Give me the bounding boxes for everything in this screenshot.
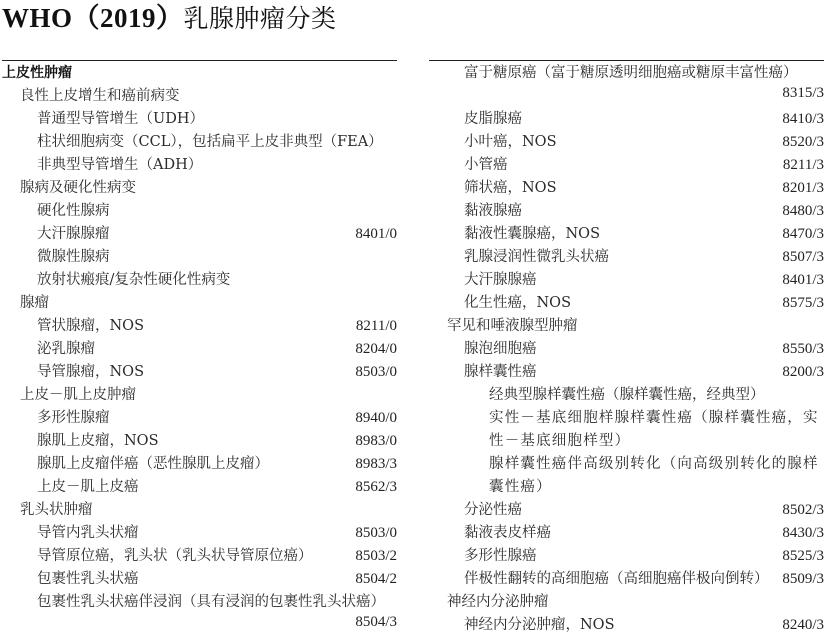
code-line: 8315/3	[429, 85, 824, 108]
icd-o-code: 8520/3	[782, 131, 824, 154]
classification-entry: 乳腺浸润性微乳头状癌8507/3	[429, 246, 824, 269]
classification-entry: 大汗腺腺瘤8401/0	[2, 223, 397, 246]
entry-label: 筛状癌，NOS	[464, 177, 557, 200]
entry-label: 小叶癌，NOS	[464, 131, 557, 154]
left-column: 上皮性肿瘤良性上皮增生和癌前病变普通型导管增生（UDH）柱状细胞病变（CCL），…	[2, 62, 397, 637]
icd-o-code: 8504/2	[355, 568, 397, 591]
entry-label: 神经内分泌肿瘤	[447, 591, 549, 614]
entry-label: 实性－基底细胞样腺样囊性癌（腺样囊性癌，实性－基底细胞样型）	[489, 407, 824, 453]
entry-label: 非典型导管增生（ADH）	[37, 154, 202, 177]
classification-entry: 黏液性囊腺癌，NOS8470/3	[429, 223, 824, 246]
icd-o-code: 8504/3	[355, 614, 397, 631]
icd-o-code: 8315/3	[782, 85, 824, 102]
icd-o-code: 8401/0	[355, 223, 397, 246]
entry-label: 良性上皮增生和癌前病变	[20, 85, 180, 108]
icd-o-code: 8503/2	[355, 545, 397, 568]
entry-label: 导管内乳头状瘤	[37, 522, 139, 545]
icd-o-code: 8525/3	[782, 545, 824, 568]
entry-label: 黏液腺癌	[464, 200, 522, 223]
classification-entry: 管状腺瘤，NOS8211/0	[2, 315, 397, 338]
classification-entry: 黏液表皮样癌8430/3	[429, 522, 824, 545]
icd-o-code: 8204/0	[355, 338, 397, 361]
icd-o-code: 8509/3	[782, 568, 824, 591]
classification-entry: 普通型导管增生（UDH）	[2, 108, 397, 131]
icd-o-code: 8470/3	[782, 223, 824, 246]
icd-o-code: 8503/0	[355, 361, 397, 384]
title-cjk: 乳腺肿瘤分类	[184, 4, 337, 33]
classification-entry: 小管癌8211/3	[429, 154, 824, 177]
entry-label: 小管癌	[464, 154, 508, 177]
classification-entry: 腺病及硬化性病变	[2, 177, 397, 200]
classification-entry: 上皮－肌上皮癌8562/3	[2, 476, 397, 499]
classification-entry: 腺样囊性癌8200/3	[429, 361, 824, 384]
icd-o-code: 8201/3	[782, 177, 824, 200]
page-title: WHO（2019）乳腺肿瘤分类	[2, 2, 337, 35]
classification-entry: 黏液腺癌8480/3	[429, 200, 824, 223]
entry-label: 伴极性翻转的高细胞癌（高细胞癌伴极向倒转）	[464, 568, 769, 591]
entry-label: 上皮－肌上皮肿瘤	[20, 384, 136, 407]
entry-label: 乳腺浸润性微乳头状癌	[464, 246, 609, 269]
icd-o-code: 8562/3	[355, 476, 397, 499]
classification-entry: 富于糖原癌（富于糖原透明细胞癌或糖原丰富性癌）	[429, 62, 824, 85]
entry-label: 上皮－肌上皮癌	[37, 476, 139, 499]
entry-label: 黏液性囊腺癌，NOS	[464, 223, 600, 246]
entry-label: 柱状细胞病变（CCL），包括扁平上皮非典型（FEA）	[37, 131, 383, 154]
entry-label: 大汗腺腺癌	[464, 269, 537, 292]
entry-label: 分泌性癌	[464, 499, 522, 522]
classification-entry: 伴极性翻转的高细胞癌（高细胞癌伴极向倒转）8509/3	[429, 568, 824, 591]
icd-o-code: 8983/3	[355, 453, 397, 476]
entry-label: 腺瘤	[20, 292, 49, 315]
entry-label: 硬化性腺病	[37, 200, 110, 223]
classification-entry: 非典型导管增生（ADH）	[2, 154, 397, 177]
entry-label: 导管腺瘤，NOS	[37, 361, 144, 384]
classification-entry: 大汗腺腺癌8401/3	[429, 269, 824, 292]
icd-o-code: 8550/3	[782, 338, 824, 361]
entry-label: 管状腺瘤，NOS	[37, 315, 144, 338]
classification-entry: 皮脂腺癌8410/3	[429, 108, 824, 131]
classification-entry: 罕见和唾液腺型肿瘤	[429, 315, 824, 338]
classification-entry: 泌乳腺瘤8204/0	[2, 338, 397, 361]
classification-entry: 腺肌上皮瘤伴癌（恶性腺肌上皮瘤）8983/3	[2, 453, 397, 476]
icd-o-code: 8940/0	[355, 407, 397, 430]
right-column-rule	[429, 60, 824, 61]
entry-label: 微腺性腺病	[37, 246, 110, 269]
entry-label: 腺样囊性癌	[464, 361, 537, 384]
entry-label: 多形性腺瘤	[37, 407, 110, 430]
classification-entry: 化生性癌，NOS8575/3	[429, 292, 824, 315]
classification-entry: 神经内分泌肿瘤，NOS8240/3	[429, 614, 824, 637]
classification-entry: 小叶癌，NOS8520/3	[429, 131, 824, 154]
entry-label: 经典型腺样囊性癌（腺样囊性癌，经典型）	[489, 384, 765, 407]
entry-label: 乳头状肿瘤	[20, 499, 93, 522]
icd-o-code: 8503/0	[355, 522, 397, 545]
entry-label: 腺肌上皮瘤，NOS	[37, 430, 159, 453]
icd-o-code: 8410/3	[782, 108, 824, 131]
entry-label: 包裹性乳头状癌	[37, 568, 139, 591]
classification-entry: 神经内分泌肿瘤	[429, 591, 824, 614]
classification-entry: 上皮－肌上皮肿瘤	[2, 384, 397, 407]
entry-label: 大汗腺腺瘤	[37, 223, 110, 246]
entry-label: 包裹性乳头状癌伴浸润（具有浸润的包裹性乳头状癌）	[37, 591, 385, 614]
icd-o-code: 8502/3	[782, 499, 824, 522]
classification-entry: 导管原位癌，乳头状（乳头状导管原位癌）8503/2	[2, 545, 397, 568]
classification-entry: 包裹性乳头状癌伴浸润（具有浸润的包裹性乳头状癌）	[2, 591, 397, 614]
entry-label: 多形性腺癌	[464, 545, 537, 568]
entry-label: 富于糖原癌（富于糖原透明细胞癌或糖原丰富性癌）	[464, 62, 798, 85]
classification-entry: 多形性腺瘤8940/0	[2, 407, 397, 430]
classification-entry: 腺肌上皮瘤，NOS8983/0	[2, 430, 397, 453]
classification-entry: 经典型腺样囊性癌（腺样囊性癌，经典型）	[429, 384, 824, 407]
left-column-rule	[2, 60, 397, 61]
entry-label: 导管原位癌，乳头状（乳头状导管原位癌）	[37, 545, 313, 568]
entry-label: 神经内分泌肿瘤，NOS	[464, 614, 615, 637]
classification-entry: 多形性腺癌8525/3	[429, 545, 824, 568]
icd-o-code: 8211/0	[356, 315, 397, 338]
classification-entry: 腺泡细胞癌8550/3	[429, 338, 824, 361]
entry-label: 腺病及硬化性病变	[20, 177, 136, 200]
icd-o-code: 8240/3	[782, 614, 824, 637]
classification-entry: 包裹性乳头状癌8504/2	[2, 568, 397, 591]
entry-label: 皮脂腺癌	[464, 108, 522, 131]
icd-o-code: 8430/3	[782, 522, 824, 545]
entry-label: 上皮性肿瘤	[2, 62, 72, 85]
classification-entry: 实性－基底细胞样腺样囊性癌（腺样囊性癌，实性－基底细胞样型）	[429, 407, 824, 453]
icd-o-code: 8575/3	[782, 292, 824, 315]
classification-entry: 上皮性肿瘤	[2, 62, 397, 85]
classification-entry: 腺样囊性癌伴高级别转化（向高级别转化的腺样囊性癌）	[429, 453, 824, 499]
icd-o-code: 8983/0	[355, 430, 397, 453]
classification-entry: 导管腺瘤，NOS8503/0	[2, 361, 397, 384]
entry-label: 腺肌上皮瘤伴癌（恶性腺肌上皮瘤）	[37, 453, 269, 476]
classification-entry: 分泌性癌8502/3	[429, 499, 824, 522]
entry-label: 放射状瘢痕/复杂性硬化性病变	[37, 269, 230, 292]
classification-entry: 乳头状肿瘤	[2, 499, 397, 522]
icd-o-code: 8480/3	[782, 200, 824, 223]
title-latin: WHO（2019）	[2, 3, 184, 33]
classification-entry: 腺瘤	[2, 292, 397, 315]
classification-entry: 良性上皮增生和癌前病变	[2, 85, 397, 108]
entry-label: 泌乳腺瘤	[37, 338, 95, 361]
classification-entry: 筛状癌，NOS8201/3	[429, 177, 824, 200]
icd-o-code: 8507/3	[782, 246, 824, 269]
right-column: 富于糖原癌（富于糖原透明细胞癌或糖原丰富性癌）8315/3皮脂腺癌8410/3小…	[429, 62, 824, 637]
classification-entry: 放射状瘢痕/复杂性硬化性病变	[2, 269, 397, 292]
classification-entry: 导管内乳头状瘤8503/0	[2, 522, 397, 545]
classification-entry: 微腺性腺病	[2, 246, 397, 269]
entry-label: 腺泡细胞癌	[464, 338, 537, 361]
icd-o-code: 8200/3	[782, 361, 824, 384]
classification-entry: 硬化性腺病	[2, 200, 397, 223]
entry-label: 黏液表皮样癌	[464, 522, 551, 545]
entry-label: 罕见和唾液腺型肿瘤	[447, 315, 578, 338]
entry-label: 化生性癌，NOS	[464, 292, 571, 315]
entry-label: 普通型导管增生（UDH）	[37, 108, 204, 131]
entry-label: 腺样囊性癌伴高级别转化（向高级别转化的腺样囊性癌）	[489, 453, 824, 499]
icd-o-code: 8211/3	[783, 154, 824, 177]
classification-entry: 柱状细胞病变（CCL），包括扁平上皮非典型（FEA）	[2, 131, 397, 154]
icd-o-code: 8401/3	[782, 269, 824, 292]
code-line: 8504/3	[2, 614, 397, 637]
